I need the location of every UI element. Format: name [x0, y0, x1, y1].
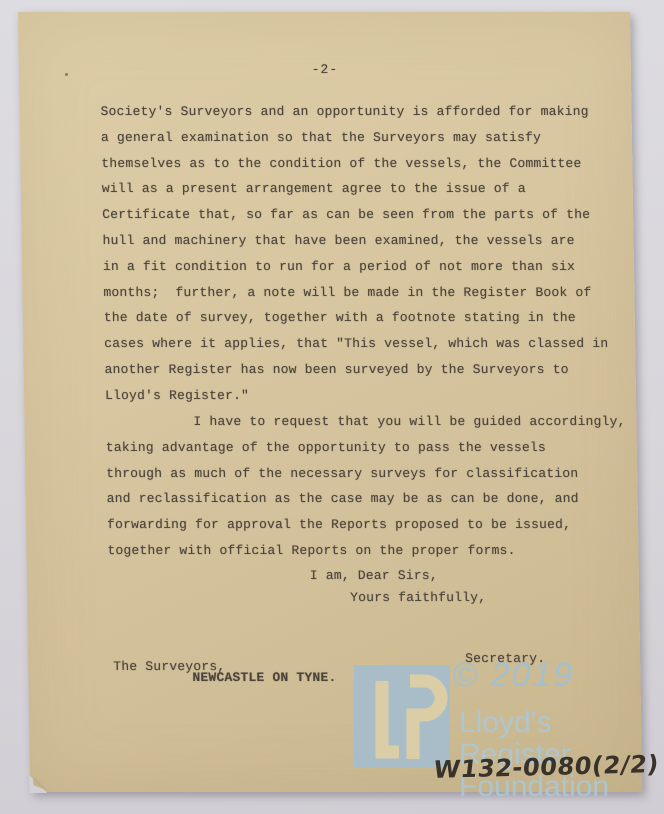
valediction: Yours faithfully, [350, 585, 486, 611]
reference-annotation: W132-0080(2/2) [432, 750, 660, 784]
letter-paragraph-1: Society's Surveyors and an opportunity i… [100, 99, 609, 409]
letter-paragraph-2: I have to request that you will be guide… [105, 409, 628, 564]
addressee-place: NEWCASTLE ON TYNE. [192, 665, 336, 691]
lloyds-register-logo-icon [354, 665, 450, 768]
watermark-copyright: © 2019 [452, 656, 574, 695]
page-number: -2- [19, 57, 631, 83]
